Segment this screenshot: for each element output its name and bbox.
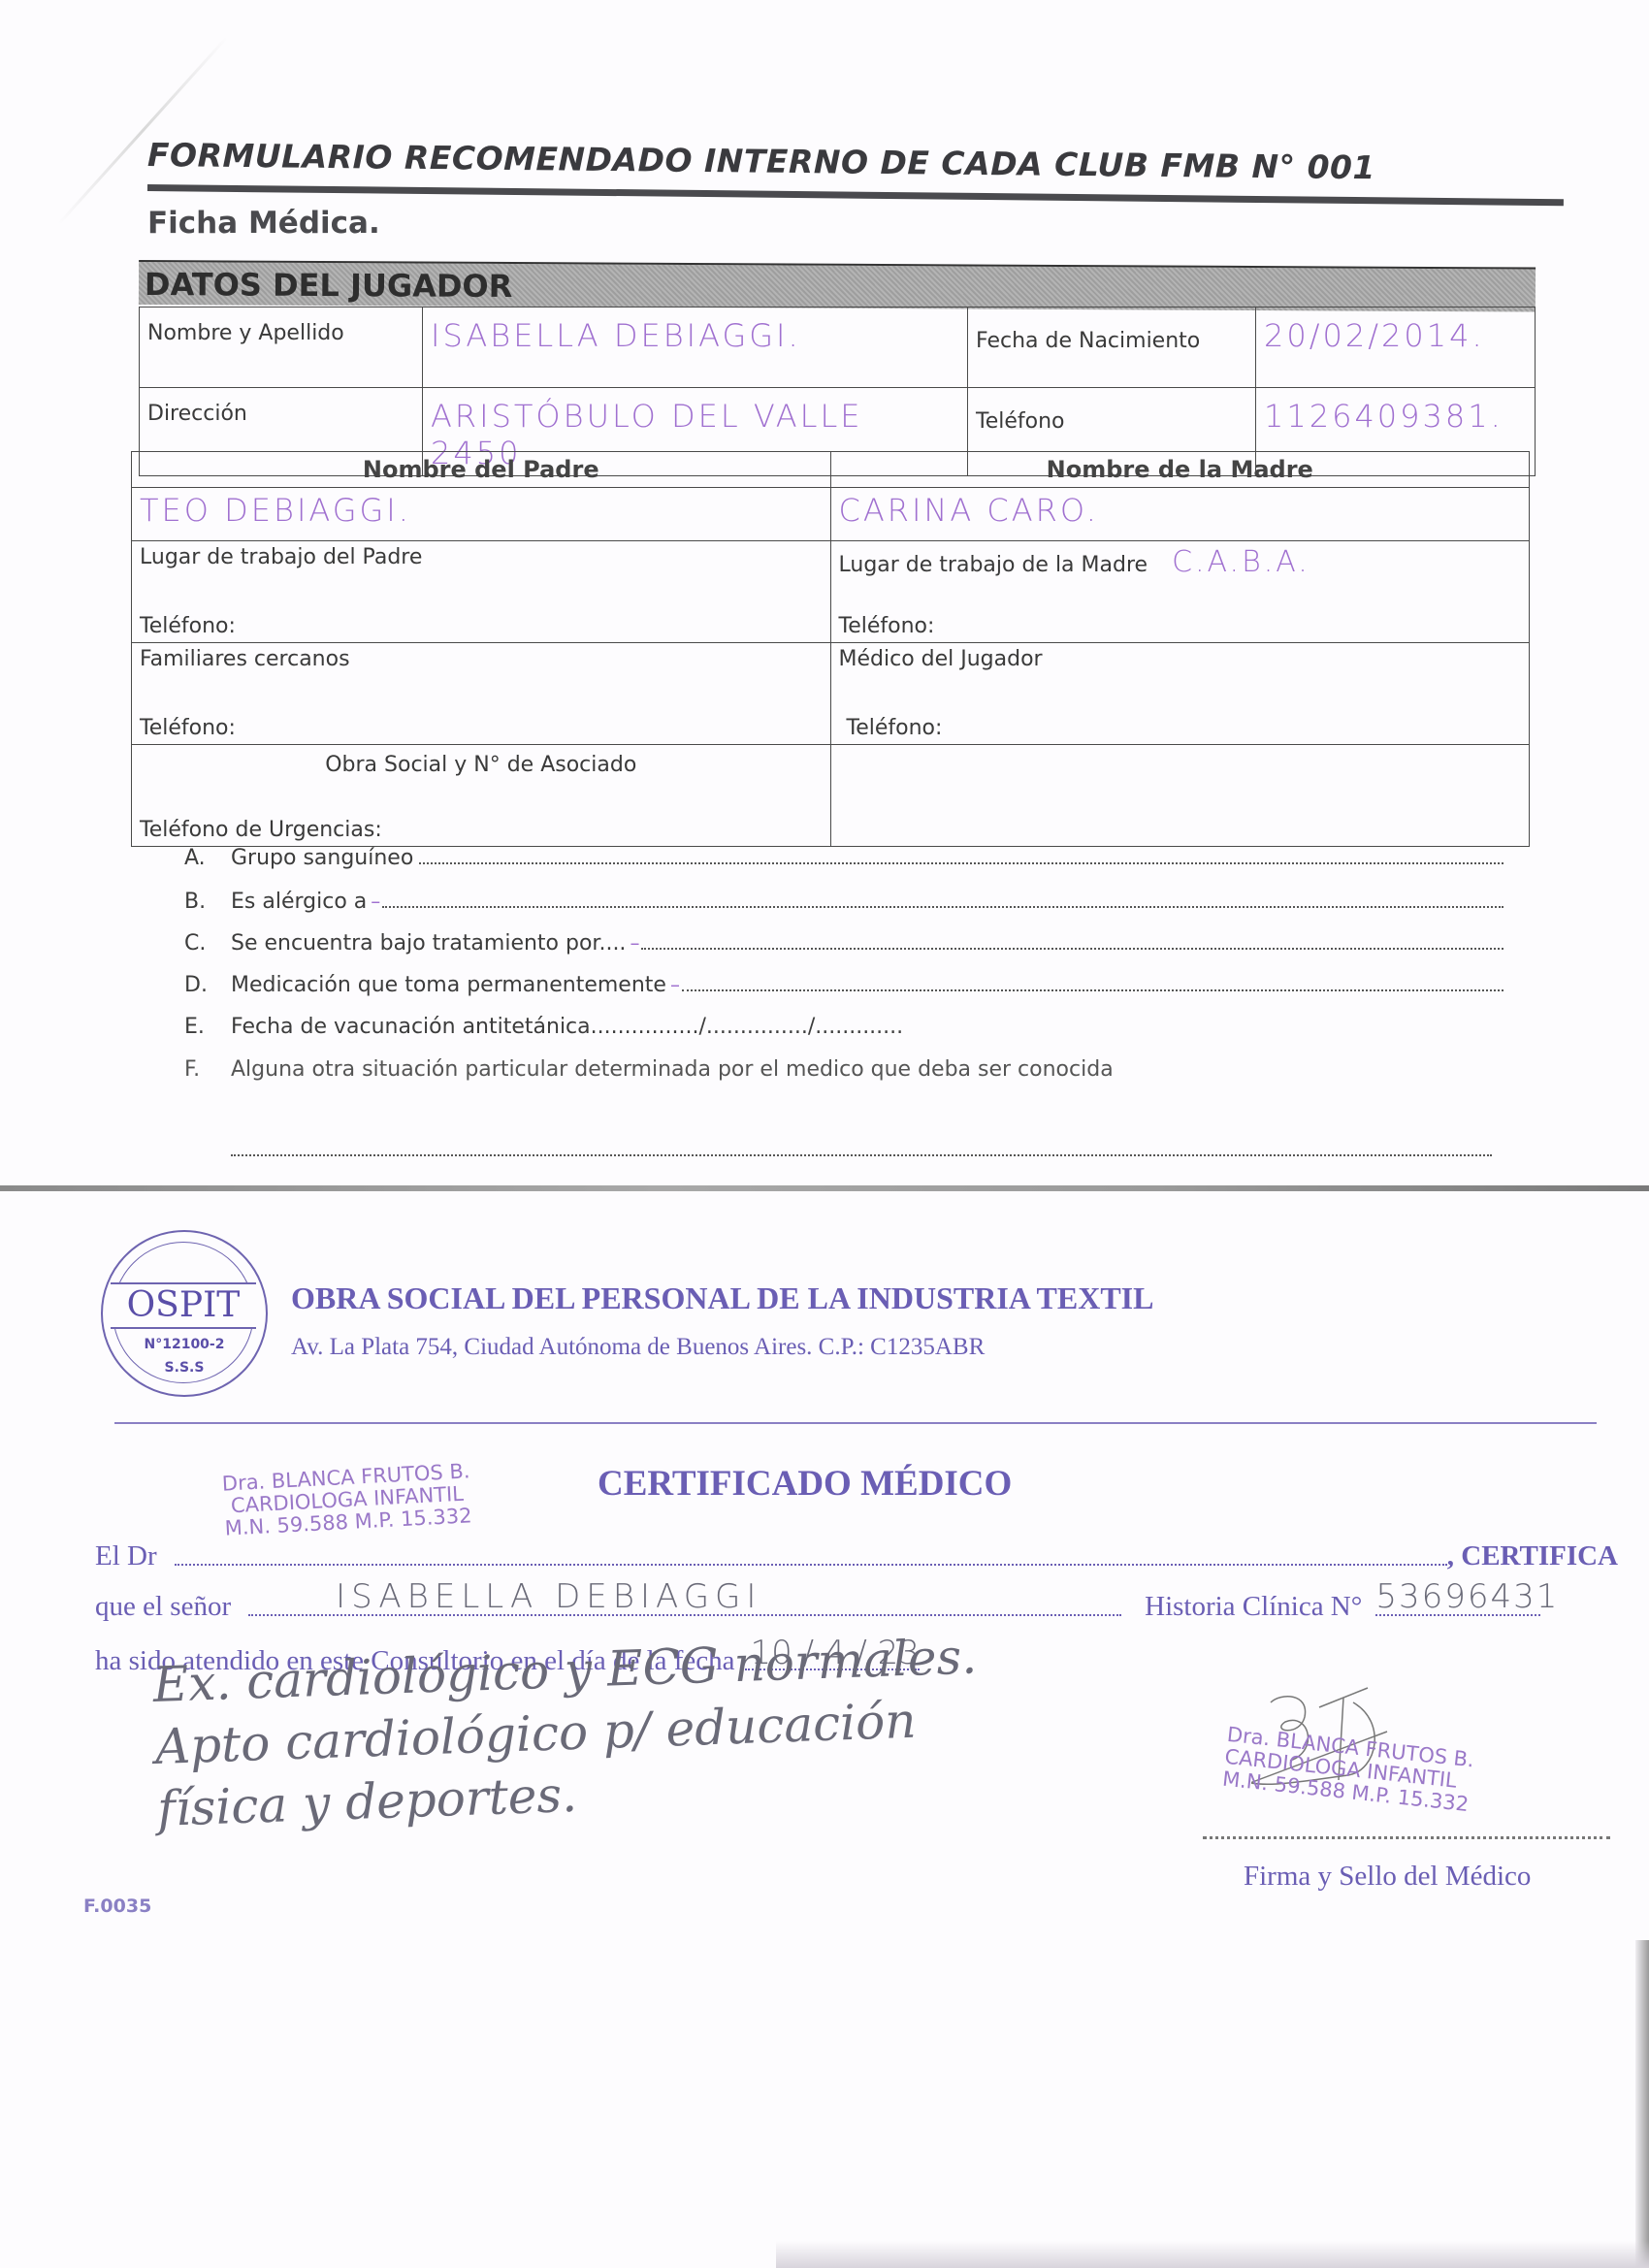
question-answer: – <box>670 973 680 997</box>
form-title: FORMULARIO RECOMENDADO INTERNO DE CADA C… <box>147 136 1375 186</box>
mother-name-field[interactable]: CARINA CARO. <box>830 488 1530 541</box>
patient-name-value: ISABELLA DEBIAGGI <box>336 1577 761 1616</box>
question-text: Fecha de vacunación antitetánica........… <box>231 1015 903 1039</box>
mother-phone-label: Teléfono: <box>839 614 935 638</box>
question-row: A.Grupo sanguíneo <box>184 846 1503 870</box>
section-header-player: DATOS DEL JUGADOR <box>139 260 1536 312</box>
relatives-field[interactable]: Familiares cercanos Teléfono: <box>132 643 831 745</box>
question-text: Medicación que toma permanentemente <box>231 973 666 997</box>
question-answer-field[interactable] <box>382 890 1503 908</box>
header-rule <box>114 1422 1597 1424</box>
father-name-field[interactable]: TEO DEBIAGGI. <box>132 488 831 541</box>
question-answer: – <box>371 890 380 914</box>
insurance-label: Obra Social y N° de Asociado <box>132 753 830 777</box>
father-phone-label: Teléfono: <box>140 614 236 638</box>
question-row: C.Se encuentra bajo tratamiento por....– <box>184 931 1503 956</box>
question-row: E.Fecha de vacunación antitetánica......… <box>184 1015 1503 1039</box>
question-text: Se encuentra bajo tratamiento por.... <box>231 931 626 956</box>
patient-name-field[interactable]: ISABELLA DEBIAGGI <box>248 1614 1121 1616</box>
relatives-label: Familiares cercanos <box>140 647 350 671</box>
page-separator <box>0 1185 1649 1191</box>
certifica-label: , CERTIFICA <box>1447 1540 1618 1572</box>
form-subtitle: Ficha Médica. <box>147 206 380 241</box>
question-answer: – <box>630 931 639 956</box>
patient-line: que el señor ISABELLA DEBIAGGI Historia … <box>95 1591 1628 1623</box>
phone-value: 1126409381. <box>1264 392 1503 435</box>
father-header: Nombre del Padre <box>132 452 831 488</box>
organization-name: OBRA SOCIAL DEL PERSONAL DE LA INDUSTRIA… <box>291 1280 1153 1316</box>
mother-name-value: CARINA CARO. <box>839 492 1099 529</box>
history-value: 53696431 <box>1375 1577 1559 1616</box>
name-label: Nombre y Apellido <box>140 308 423 388</box>
name-value: ISABELLA DEBIAGGI. <box>431 311 801 354</box>
history-field[interactable]: 53696431 <box>1375 1614 1540 1616</box>
doctor-name-field[interactable] <box>175 1564 1447 1566</box>
history-label: Historia Clínica N° <box>1145 1591 1362 1623</box>
question-row: D.Medicación que toma permanentemente– <box>184 973 1503 997</box>
name-field[interactable]: ISABELLA DEBIAGGI. <box>423 308 968 388</box>
signature-field[interactable] <box>1203 1836 1610 1839</box>
question-letter: B. <box>184 890 231 914</box>
doctor-stamp-top: Dra. BLANCA FRUTOS B. CARDIOLOGA INFANTI… <box>221 1460 472 1539</box>
question-row: F.Alguna otra situación particular deter… <box>184 1057 1503 1082</box>
question-letter: D. <box>184 973 231 997</box>
question-f-answer-line[interactable] <box>231 1154 1492 1156</box>
insurance-field[interactable]: Obra Social y N° de Asociado Teléfono de… <box>132 745 831 847</box>
mother-work-field[interactable]: Lugar de trabajo de la Madre C.A.B.A. Te… <box>830 541 1530 643</box>
section-title: DATOS DEL JUGADOR <box>145 266 513 305</box>
father-work-label: Lugar de trabajo del Padre <box>140 545 422 569</box>
doctor-label: Médico del Jugador <box>839 647 1043 671</box>
certificate-title: CERTIFICADO MÉDICO <box>598 1463 1012 1505</box>
doctor-line-prefix: El Dr <box>95 1540 157 1572</box>
question-text: Es alérgico a <box>231 890 367 914</box>
scan-edge-shadow <box>1635 1940 1649 2268</box>
question-text: Grupo sanguíneo <box>231 846 413 870</box>
question-text: Alguna otra situación particular determi… <box>231 1057 1114 1082</box>
question-row: B.Es alérgico a– <box>184 890 1503 914</box>
mother-header: Nombre de la Madre <box>830 452 1530 488</box>
birth-value: 20/02/2014. <box>1264 311 1485 354</box>
signature-label: Firma y Sello del Médico <box>1244 1861 1531 1893</box>
title-rule <box>147 184 1564 206</box>
birth-label: Fecha de Nacimiento <box>968 308 1256 388</box>
birth-field[interactable]: 20/02/2014. <box>1256 308 1536 388</box>
patient-line-prefix: que el señor <box>95 1591 231 1623</box>
seal-sss: S.S.S <box>103 1360 266 1376</box>
father-work-field[interactable]: Lugar de trabajo del Padre Teléfono: <box>132 541 831 643</box>
mother-work-label: Lugar de trabajo de la Madre <box>839 553 1148 577</box>
doctor-phone-label: Teléfono: <box>847 716 943 740</box>
organization-address: Av. La Plata 754, Ciudad Autónoma de Bue… <box>291 1334 985 1361</box>
doctor-line: El Dr , CERTIFICA <box>95 1540 1618 1572</box>
father-name-value: TEO DEBIAGGI. <box>140 492 411 529</box>
mother-work-value: C.A.B.A. <box>1172 545 1310 579</box>
question-letter: E. <box>184 1015 231 1039</box>
question-answer-field[interactable] <box>682 973 1503 991</box>
question-letter: F. <box>184 1057 231 1082</box>
parents-table: Nombre del Padre Nombre de la Madre TEO … <box>131 451 1530 847</box>
relatives-phone-label: Teléfono: <box>140 716 236 740</box>
question-letter: C. <box>184 931 231 956</box>
question-answer-field[interactable] <box>419 846 1503 864</box>
seal-number: N°12100-2 <box>103 1337 266 1352</box>
emergency-phone-label: Teléfono de Urgencias: <box>140 818 382 842</box>
scan-bottom-shadow <box>776 2241 1649 2268</box>
scan-fold-streak <box>57 36 228 225</box>
question-answer-field[interactable] <box>641 931 1503 950</box>
empty-cell <box>830 745 1530 847</box>
ospit-seal-logo: OSPIT N°12100-2 S.S.S <box>101 1230 268 1397</box>
question-letter: A. <box>184 846 231 870</box>
seal-acronym: OSPIT <box>111 1282 256 1329</box>
doctor-stamp-signature: Dra. BLANCA FRUTOS B. CARDIOLOGA INFANTI… <box>1221 1724 1475 1816</box>
form-code: F.0035 <box>83 1895 151 1917</box>
handwritten-diagnosis: Ex. cardiológico y ECG normales. Apto ca… <box>152 1625 983 1840</box>
doctor-field[interactable]: Médico del Jugador Teléfono: <box>830 643 1530 745</box>
